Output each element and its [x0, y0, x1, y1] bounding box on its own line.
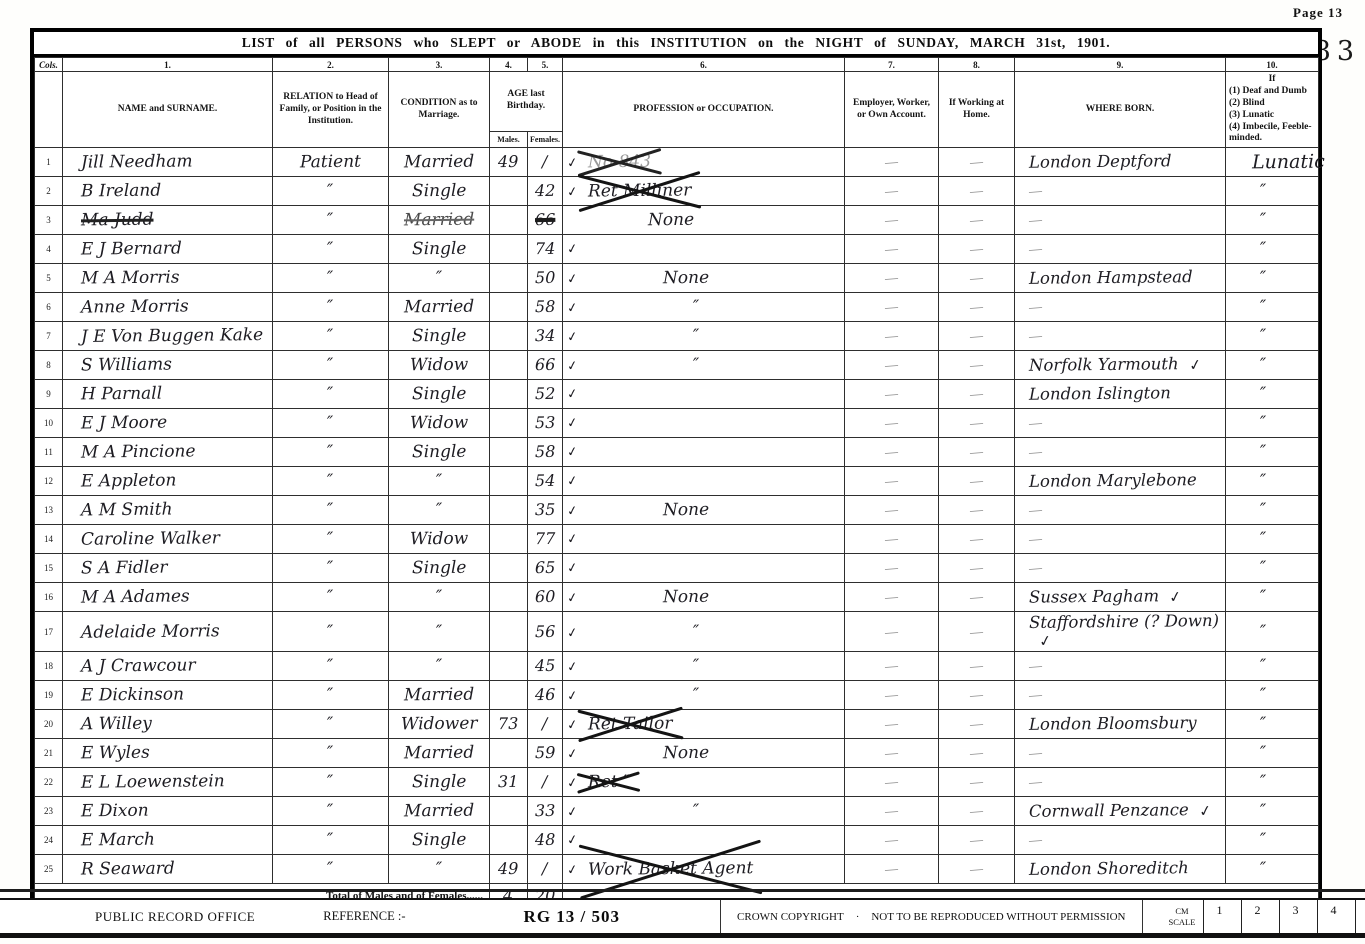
condition-value: Single — [412, 830, 467, 851]
condition-value: Married — [404, 297, 474, 318]
where-born-cell: Cornwall Penzance✓ — [1015, 797, 1226, 826]
pencil-dash: — — [1028, 328, 1042, 345]
row-number-header — [35, 72, 63, 148]
occupation-value: Ret Tailor — [588, 714, 673, 735]
table-row: 2B Ireland″Single42✓Ret Milliner———″ — [35, 177, 1319, 206]
infirmity-value: ″ — [1260, 801, 1267, 821]
relation-cell: ″ — [273, 681, 389, 710]
age-female-cell: 35 — [528, 496, 563, 525]
cols-label: Cols. — [35, 58, 63, 72]
check-mark: ✓ — [566, 155, 579, 172]
pencil-dash: — — [884, 444, 898, 461]
pencil-dash: — — [969, 212, 983, 229]
condition-cell: ″ — [389, 496, 490, 525]
infirmity-cell: ″ — [1226, 351, 1319, 380]
age-female-cell: 34 — [528, 322, 563, 351]
pencil-dash: — — [884, 832, 898, 849]
condition-value: Married — [404, 152, 474, 173]
age-female-cell: 60 — [528, 583, 563, 612]
occupation-value: ″ — [693, 326, 700, 346]
age-female-value: 35 — [535, 500, 556, 519]
check-mark: ✓ — [566, 688, 579, 705]
where-born-cell: — — [1015, 293, 1226, 322]
infirmity-cell: ″ — [1226, 322, 1319, 351]
where-born-cell: Norfolk Yarmouth✓ — [1015, 351, 1226, 380]
ditto-mark: ″ — [327, 471, 334, 491]
infirmity-value: ″ — [1260, 326, 1267, 346]
footer-bar: PUBLIC RECORD OFFICE REFERENCE :- RG 13 … — [0, 898, 1365, 938]
check-mark: ✓ — [566, 386, 579, 403]
where-born-cell: — — [1015, 438, 1226, 467]
row-number: 5 — [35, 264, 63, 293]
occupation-cell: ✓Ret ″ — [563, 768, 845, 797]
where-born-value: London Deptford — [1029, 152, 1172, 172]
check-mark: ✓ — [566, 625, 579, 642]
where-born-cell: London Deptford — [1015, 148, 1226, 177]
occupation-value: ″ — [693, 656, 700, 676]
age-female-cell: 33 — [528, 797, 563, 826]
pencil-dash: — — [1028, 658, 1042, 675]
col-number-1: 1. — [63, 58, 273, 72]
row-number: 22 — [35, 768, 63, 797]
occupation-cell: ✓ — [563, 235, 845, 264]
table-row: 8S Williams″Widow66✓″——Norfolk Yarmouth✓… — [35, 351, 1319, 380]
employer-cell: — — [845, 409, 939, 438]
scale-box: 4 — [1317, 900, 1355, 933]
pencil-dash: — — [1028, 299, 1042, 316]
infirmity-cell: ″ — [1226, 739, 1319, 768]
infirmity-value: ″ — [1260, 413, 1267, 433]
name-cell: Caroline Walker — [63, 525, 273, 554]
condition-value: Single — [412, 558, 467, 579]
check-mark: ✓ — [1038, 631, 1054, 651]
working-at-home-cell: — — [939, 177, 1015, 206]
employer-cell: — — [845, 177, 939, 206]
occupation-value: None — [663, 587, 709, 607]
age-male-cell — [490, 351, 528, 380]
ditto-mark: ″ — [327, 355, 334, 375]
infirmity-cell: ″ — [1226, 206, 1319, 235]
pencil-dash: — — [1028, 502, 1042, 519]
occupation-value: None — [663, 268, 709, 288]
age-male-cell — [490, 739, 528, 768]
row-number: 25 — [35, 855, 63, 884]
person-name: R Seaward — [81, 859, 175, 880]
employer-cell: — — [845, 739, 939, 768]
infirmity-value: ″ — [1260, 181, 1267, 201]
condition-value: Single — [412, 239, 467, 260]
where-born-cell: — — [1015, 681, 1226, 710]
working-at-home-cell: — — [939, 583, 1015, 612]
census-table: Cols. 1. 2. 3. 4. 5. 6. 7. 8. 9. 10. NAM… — [34, 57, 1319, 909]
age-female-value: 52 — [535, 384, 556, 403]
age-female-value: 46 — [535, 685, 556, 704]
age-female-value: / — [542, 772, 548, 791]
relation-cell: Patient — [273, 148, 389, 177]
reference-number: RG 13 / 503 — [524, 907, 620, 927]
ditto-mark: ″ — [327, 685, 334, 705]
scale-box: 5 — [1355, 900, 1365, 933]
pencil-dash: — — [1028, 745, 1042, 762]
where-born-cell: London Bloomsbury — [1015, 710, 1226, 739]
check-mark: ✓ — [566, 659, 579, 676]
table-row: 1Jill NeedhamPatientMarried49/✓No 843——L… — [35, 148, 1319, 177]
where-born-value: Sussex Pagham — [1029, 587, 1159, 607]
where-born-cell: Staffordshire (? Down)✓ — [1015, 612, 1226, 652]
occupation-value: ″ — [693, 685, 700, 705]
table-row: 17Adelaide Morris″″56✓″——Staffordshire (… — [35, 612, 1319, 652]
pencil-dash: — — [1028, 560, 1042, 577]
relation-cell: ″ — [273, 612, 389, 652]
age-female-value: 66 — [535, 355, 556, 374]
where-born-cell: — — [1015, 235, 1226, 264]
name-cell: E Dickinson — [63, 681, 273, 710]
relation-cell: ″ — [273, 768, 389, 797]
occupation-value: ″ — [693, 801, 700, 821]
pencil-dash: — — [969, 299, 983, 316]
employer-cell: — — [845, 612, 939, 652]
condition-value: Widow — [410, 355, 468, 376]
working-at-home-cell: — — [939, 855, 1015, 884]
check-mark: ✓ — [566, 775, 579, 792]
pencil-dash: — — [1028, 415, 1042, 432]
age-female-value: 42 — [535, 181, 556, 200]
pencil-dash: — — [969, 531, 983, 548]
name-cell: E J Bernard — [63, 235, 273, 264]
ditto-mark: ″ — [327, 268, 334, 288]
table-row: 19E Dickinson″Married46✓″———″ — [35, 681, 1319, 710]
pencil-dash: — — [884, 687, 898, 704]
infirmity-cell: ″ — [1226, 826, 1319, 855]
age-female-value: 53 — [535, 413, 556, 432]
age-male-value: 49 — [498, 152, 519, 171]
pencil-dash: — — [884, 658, 898, 675]
pencil-dash: — — [1028, 183, 1042, 200]
name-cell: E L Loewenstein — [63, 768, 273, 797]
age-male-cell — [490, 681, 528, 710]
person-name: A J Crawcour — [81, 656, 196, 677]
age-male-cell — [490, 525, 528, 554]
condition-cell: Widow — [389, 351, 490, 380]
infirmity-cell: ″ — [1226, 583, 1319, 612]
table-row: 5M A Morris″″50✓None——London Hampstead″ — [35, 264, 1319, 293]
infirmity-cell: ″ — [1226, 652, 1319, 681]
name-cell: E March — [63, 826, 273, 855]
age-females-header: Females. — [528, 131, 563, 148]
pencil-dash: — — [884, 589, 898, 606]
pencil-dash: — — [969, 154, 983, 171]
col-number-6: 6. — [563, 58, 845, 72]
column-numbers-row: Cols. 1. 2. 3. 4. 5. 6. 7. 8. 9. 10. — [35, 58, 1319, 72]
condition-value: Widow — [410, 529, 468, 550]
table-row: 18A J Crawcour″″45✓″———″ — [35, 652, 1319, 681]
pencil-dash: — — [1028, 687, 1042, 704]
infirmity-cell: ″ — [1226, 768, 1319, 797]
scale-box: 2 — [1241, 900, 1279, 933]
where-born-cell: — — [1015, 739, 1226, 768]
table-row: 12E Appleton″″54✓——London Marylebone″ — [35, 467, 1319, 496]
row-number: 19 — [35, 681, 63, 710]
working-at-home-cell: — — [939, 380, 1015, 409]
relation-cell: ″ — [273, 438, 389, 467]
age-male-value: 49 — [498, 859, 519, 878]
occupation-cell: ✓″ — [563, 797, 845, 826]
relation-cell: ″ — [273, 652, 389, 681]
person-name: E March — [81, 830, 155, 851]
working-at-home-cell: — — [939, 438, 1015, 467]
pencil-dash: — — [884, 270, 898, 287]
ditto-mark: ″ — [327, 442, 334, 462]
pencil-dash: — — [969, 716, 983, 733]
infirmity-header-line: (3) Lunatic — [1229, 110, 1315, 122]
age-female-value: / — [542, 152, 548, 171]
person-name: Jill Needham — [81, 152, 193, 173]
condition-value: Single — [412, 384, 467, 405]
name-cell: E J Moore — [63, 409, 273, 438]
occupation-cell: ✓″ — [563, 681, 845, 710]
condition-cell: ″ — [389, 612, 490, 652]
name-header: NAME and SURNAME. — [63, 72, 273, 148]
relation-cell: ″ — [273, 525, 389, 554]
check-mark: ✓ — [566, 503, 579, 520]
working-at-home-cell: — — [939, 496, 1015, 525]
infirmity-cell: ″ — [1226, 710, 1319, 739]
infirmity-value: ″ — [1260, 685, 1267, 705]
pencil-dash: — — [969, 774, 983, 791]
table-row: 25R Seaward″″49/✓Work Basket Agent——Lond… — [35, 855, 1319, 884]
infirmity-cell: ″ — [1226, 496, 1319, 525]
occupation-cell: ✓Work Basket Agent — [563, 855, 845, 884]
name-cell: E Wyles — [63, 739, 273, 768]
name-cell: E Appleton — [63, 467, 273, 496]
where-born-cell: London Shoreditch — [1015, 855, 1226, 884]
pencil-dash: — — [969, 832, 983, 849]
condition-value: Married — [404, 685, 474, 706]
working-at-home-header: If Working at Home. — [939, 72, 1015, 148]
ditto-mark: ″ — [327, 500, 334, 520]
table-row: 9H Parnall″Single52✓——London Islington″ — [35, 380, 1319, 409]
ditto-mark: ″ — [327, 297, 334, 317]
relation-cell: ″ — [273, 467, 389, 496]
working-at-home-cell: — — [939, 206, 1015, 235]
employer-cell: — — [845, 681, 939, 710]
row-number: 9 — [35, 380, 63, 409]
infirmity-value: ″ — [1260, 622, 1267, 642]
infirmity-cell: ″ — [1226, 554, 1319, 583]
name-cell: Jill Needham — [63, 148, 273, 177]
check-mark: ✓ — [566, 271, 579, 288]
table-row: 7J E Von Buggen Kake″Single34✓″———″ — [35, 322, 1319, 351]
pencil-dash: — — [969, 502, 983, 519]
pencil-dash: — — [1028, 212, 1042, 229]
condition-value: Married — [404, 801, 474, 822]
ditto-mark: ″ — [327, 622, 334, 642]
occupation-value: None — [648, 210, 694, 230]
col-number-9: 9. — [1015, 58, 1226, 72]
age-female-cell: 48 — [528, 826, 563, 855]
pencil-dash: — — [969, 386, 983, 403]
age-male-cell — [490, 206, 528, 235]
person-name: Caroline Walker — [81, 529, 220, 550]
occupation-cell: ✓″ — [563, 652, 845, 681]
pencil-dash: — — [884, 716, 898, 733]
age-female-value: 58 — [535, 442, 556, 461]
table-row: 13A M Smith″″35✓None———″ — [35, 496, 1319, 525]
condition-value: Single — [412, 442, 467, 463]
person-name: Ma Judd — [81, 210, 154, 231]
condition-cell: Single — [389, 235, 490, 264]
infirmity-value: ″ — [1260, 442, 1267, 462]
relation-value: Patient — [300, 152, 361, 173]
pencil-dash: — — [1028, 444, 1042, 461]
infirmity-cell: ″ — [1226, 681, 1319, 710]
condition-cell: ″ — [389, 264, 490, 293]
check-mark: ✓ — [566, 329, 579, 346]
cm-scale-ruler: 123456 — [1203, 900, 1365, 933]
row-number: 23 — [35, 797, 63, 826]
condition-cell: Single — [389, 322, 490, 351]
age-male-cell — [490, 467, 528, 496]
infirmity-cell: ″ — [1226, 380, 1319, 409]
age-male-cell: 31 — [490, 768, 528, 797]
table-row: 22E L Loewenstein″Single31/✓Ret ″———″ — [35, 768, 1319, 797]
age-male-cell — [490, 322, 528, 351]
check-mark: ✓ — [1197, 801, 1213, 821]
infirmity-cell: ″ — [1226, 797, 1319, 826]
employer-cell: — — [845, 710, 939, 739]
relation-cell: ″ — [273, 293, 389, 322]
check-mark: ✓ — [566, 444, 579, 461]
infirmity-cell: ″ — [1226, 264, 1319, 293]
age-male-cell — [490, 554, 528, 583]
pencil-dash: — — [884, 623, 898, 640]
condition-cell: Married — [389, 797, 490, 826]
age-male-cell — [490, 235, 528, 264]
age-female-cell: / — [528, 710, 563, 739]
name-cell: E Dixon — [63, 797, 273, 826]
check-mark: ✓ — [566, 531, 579, 548]
infirmity-value: ″ — [1260, 772, 1267, 792]
condition-cell: ″ — [389, 855, 490, 884]
infirmity-value: ″ — [1260, 355, 1267, 375]
condition-cell: Single — [389, 554, 490, 583]
pencil-dash: — — [884, 154, 898, 171]
page-number-label: Page 13 — [1293, 5, 1343, 21]
age-female-value: 59 — [535, 743, 556, 762]
working-at-home-cell: — — [939, 739, 1015, 768]
age-female-cell: 66 — [528, 351, 563, 380]
infirmity-value: ″ — [1260, 210, 1267, 230]
condition-value: Widow — [410, 413, 468, 434]
infirmity-value: ″ — [1260, 529, 1267, 549]
infirmity-cell: ″ — [1226, 409, 1319, 438]
age-male-cell — [490, 438, 528, 467]
row-number: 13 — [35, 496, 63, 525]
pencil-dash: — — [1028, 832, 1042, 849]
condition-cell: Married — [389, 739, 490, 768]
check-mark: ✓ — [566, 862, 579, 879]
pencil-dash: — — [969, 658, 983, 675]
age-female-cell: 66 — [528, 206, 563, 235]
infirmity-cell: ″ — [1226, 467, 1319, 496]
infirmity-value: ″ — [1260, 859, 1267, 879]
occupation-value: None — [663, 743, 709, 763]
profession-header: PROFESSION or OCCUPATION. — [563, 72, 845, 148]
condition-cell: ″ — [389, 583, 490, 612]
name-cell: J E Von Buggen Kake — [63, 322, 273, 351]
ditto-mark: ″ — [327, 210, 334, 230]
scale-box: 3 — [1279, 900, 1317, 933]
employer-cell: — — [845, 583, 939, 612]
row-number: 1 — [35, 148, 63, 177]
pencil-dash: — — [969, 861, 983, 878]
employer-cell: — — [845, 855, 939, 884]
where-born-cell: London Hampstead — [1015, 264, 1226, 293]
census-form: LIST of all PERSONS who SLEPT or ABODE i… — [30, 28, 1322, 915]
age-male-cell: 49 — [490, 855, 528, 884]
condition-value: Single — [412, 772, 467, 793]
person-name: S Williams — [81, 355, 172, 376]
relation-cell: ″ — [273, 797, 389, 826]
where-born-cell: — — [1015, 177, 1226, 206]
age-female-cell: 45 — [528, 652, 563, 681]
infirmity-cell: ″ — [1226, 438, 1319, 467]
check-mark: ✓ — [566, 560, 579, 577]
pencil-dash: — — [969, 687, 983, 704]
condition-cell: Married — [389, 206, 490, 235]
relation-cell: ″ — [273, 351, 389, 380]
infirmity-header-line: (1) Deaf and Dumb — [1229, 86, 1315, 98]
infirmity-cell: ″ — [1226, 177, 1319, 206]
employer-cell: — — [845, 206, 939, 235]
condition-cell: Single — [389, 380, 490, 409]
pencil-dash: — — [969, 623, 983, 640]
age-male-cell — [490, 652, 528, 681]
table-row: 24E March″Single48✓———″ — [35, 826, 1319, 855]
age-male-cell — [490, 826, 528, 855]
employer-cell: — — [845, 768, 939, 797]
row-number: 12 — [35, 467, 63, 496]
where-born-header: WHERE BORN. — [1015, 72, 1226, 148]
ditto-mark: ″ — [327, 859, 334, 879]
employer-cell: — — [845, 496, 939, 525]
age-female-cell: 77 — [528, 525, 563, 554]
name-cell: Anne Morris — [63, 293, 273, 322]
infirmity-cell: ″ — [1226, 855, 1319, 884]
pencil-dash: — — [884, 241, 898, 258]
pencil-dash: — — [1028, 241, 1042, 258]
relation-cell: ″ — [273, 554, 389, 583]
working-at-home-cell: — — [939, 148, 1015, 177]
where-born-cell: — — [1015, 409, 1226, 438]
row-number: 8 — [35, 351, 63, 380]
infirmity-cell: Lunatic — [1226, 148, 1319, 177]
where-born-cell: — — [1015, 826, 1226, 855]
cm-scale-label: CM SCALE — [1169, 906, 1196, 927]
occupation-cell: ✓ — [563, 525, 845, 554]
condition-value: ″ — [436, 471, 443, 491]
infirmity-cell: ″ — [1226, 235, 1319, 264]
infirmity-value: ″ — [1260, 268, 1267, 288]
condition-cell: Widow — [389, 409, 490, 438]
age-males-header: Males. — [490, 131, 528, 148]
reference-label: REFERENCE :- — [323, 909, 405, 924]
where-born-cell: — — [1015, 768, 1226, 797]
occupation-value: ″ — [693, 297, 700, 317]
occupation-value: None — [663, 500, 709, 520]
employer-cell: — — [845, 525, 939, 554]
working-at-home-cell: — — [939, 293, 1015, 322]
